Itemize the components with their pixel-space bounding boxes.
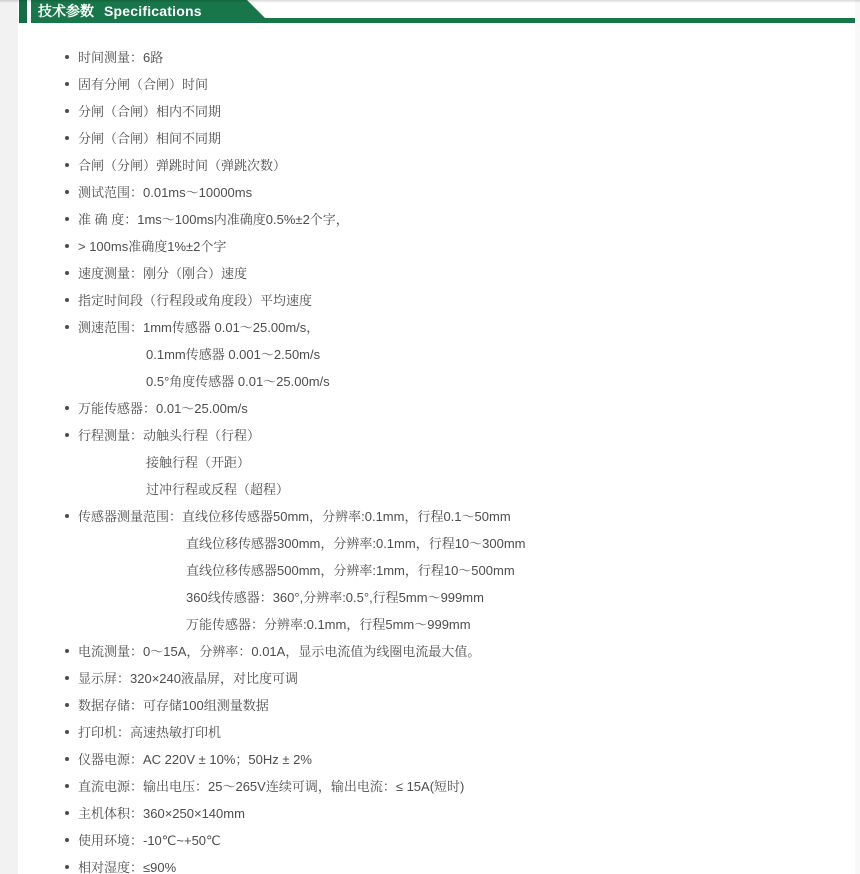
bullet-icon	[65, 514, 69, 518]
spec-item: 指定时间段（行程段或角度段）平均速度	[18, 286, 855, 313]
bullet-icon	[65, 190, 69, 194]
bullet-icon	[65, 838, 69, 842]
spec-text: 360线传感器：360°,分辨率:0.5°,行程5mm～999mm	[186, 587, 484, 606]
spec-text: 0.5°角度传感器 0.01～25.00m/s	[146, 371, 330, 390]
spec-text: 速度测量：刚分（刚合）速度	[78, 263, 247, 282]
spec-text: 电流测量：0～15A，分辨率：0.01A，显示电流值为线圈电流最大值。	[78, 641, 480, 660]
spec-text: 万能传感器：0.01～25.00m/s	[78, 398, 248, 417]
spec-text: 直线位移传感器500mm，分辨率:1mm，行程10～500mm	[186, 560, 515, 579]
spec-item: 相对湿度：≤90%	[18, 853, 855, 874]
spec-item: 数据存储：可存储100组测量数据	[18, 691, 855, 718]
spec-item: 合闸（分闸）弹跳时间（弹跳次数）	[18, 151, 855, 178]
bullet-icon	[65, 730, 69, 734]
bullet-icon	[65, 163, 69, 167]
spec-item: 万能传感器：0.01～25.00m/s	[18, 394, 855, 421]
spec-text: 合闸（分闸）弹跳时间（弹跳次数）	[78, 155, 286, 174]
spec-text: 直线位移传感器300mm，分辨率:0.1mm，行程10～300mm	[186, 533, 526, 552]
spec-item: 行程测量：动触头行程（行程）	[18, 421, 855, 448]
bullet-icon	[65, 649, 69, 653]
spec-item: 360线传感器：360°,分辨率:0.5°,行程5mm～999mm	[18, 583, 855, 610]
bullet-icon	[65, 82, 69, 86]
spec-item: 过冲行程或反程（超程）	[18, 475, 855, 502]
spec-text: 测试范围：0.01ms～10000ms	[78, 182, 252, 201]
spec-item: 显示屏：320×240液晶屏，对比度可调	[18, 664, 855, 691]
spec-text: 时间测量：6路	[78, 47, 163, 66]
spec-text: 分闸（合闸）相间不同期	[78, 128, 221, 147]
header-accent-bar	[19, 0, 27, 23]
spec-text: 相对湿度：≤90%	[78, 857, 176, 874]
spec-item: 接触行程（开距）	[18, 448, 855, 475]
bullet-icon	[65, 757, 69, 761]
spec-text: 分闸（合闸）相内不同期	[78, 101, 221, 120]
spec-item: 直流电源：输出电压：25～265V连续可调，输出电流：≤ 15A(短时)	[18, 772, 855, 799]
spec-item: 主机体积：360×250×140mm	[18, 799, 855, 826]
spec-item: 分闸（合闸）相内不同期	[18, 97, 855, 124]
bullet-icon	[65, 325, 69, 329]
section-title-zh: 技术参数	[38, 1, 94, 21]
bullet-icon	[65, 136, 69, 140]
spec-text: 仪器电源：AC 220V ± 10%；50Hz ± 2%	[78, 749, 312, 768]
spec-item: 0.5°角度传感器 0.01～25.00m/s	[18, 367, 855, 394]
spec-text: 打印机：高速热敏打印机	[78, 722, 221, 741]
bullet-icon	[65, 55, 69, 59]
spec-text: 主机体积：360×250×140mm	[78, 803, 245, 822]
bullet-icon	[65, 676, 69, 680]
spec-text: 过冲行程或反程（超程）	[146, 479, 289, 498]
spec-item: 准 确 度：1ms～100ms内准确度0.5%±2个字，	[18, 205, 855, 232]
bullet-icon	[65, 217, 69, 221]
spec-item: 时间测量：6路	[18, 43, 855, 70]
spec-item: 万能传感器：分辨率:0.1mm，行程5mm～999mm	[18, 610, 855, 637]
spec-text: 传感器测量范围：直线位移传感器50mm，分辨率:0.1mm，行程0.1～50mm	[78, 506, 511, 525]
spec-item: 直线位移传感器300mm，分辨率:0.1mm，行程10～300mm	[18, 529, 855, 556]
spec-text: 准 确 度：1ms～100ms内准确度0.5%±2个字，	[78, 209, 349, 228]
spec-item: 固有分闸（合闸）时间	[18, 70, 855, 97]
spec-text: 测速范围：1mm传感器 0.01～25.00m/s，	[78, 317, 319, 336]
spec-item: 速度测量：刚分（刚合）速度	[18, 259, 855, 286]
spec-text: 0.1mm传感器 0.001～2.50m/s	[146, 344, 320, 363]
spec-item: 仪器电源：AC 220V ± 10%；50Hz ± 2%	[18, 745, 855, 772]
spec-item: > 100ms准确度1%±2个字	[18, 232, 855, 259]
bullet-icon	[65, 298, 69, 302]
spec-list: 时间测量：6路 固有分闸（合闸）时间 分闸（合闸）相内不同期 分闸（合闸）相间不…	[18, 43, 855, 874]
spec-text: 万能传感器：分辨率:0.1mm，行程5mm～999mm	[186, 614, 471, 633]
spec-item: 电流测量：0～15A，分辨率：0.01A，显示电流值为线圈电流最大值。	[18, 637, 855, 664]
spec-item: 使用环境：-10℃~+50℃	[18, 826, 855, 853]
spec-item: 打印机：高速热敏打印机	[18, 718, 855, 745]
right-margin-strip	[855, 0, 860, 874]
spec-text: 数据存储：可存储100组测量数据	[78, 695, 269, 714]
bullet-icon	[65, 784, 69, 788]
spec-text: 接触行程（开距）	[146, 452, 250, 471]
spec-item: 传感器测量范围：直线位移传感器50mm，分辨率:0.1mm，行程0.1～50mm	[18, 502, 855, 529]
bullet-icon	[65, 271, 69, 275]
bullet-icon	[65, 865, 69, 869]
spec-text: 固有分闸（合闸）时间	[78, 74, 208, 93]
spec-text: 使用环境：-10℃~+50℃	[78, 830, 221, 849]
bullet-icon	[65, 406, 69, 410]
spec-item: 测速范围：1mm传感器 0.01～25.00m/s，	[18, 313, 855, 340]
spec-text: > 100ms准确度1%±2个字	[78, 236, 226, 255]
spec-text: 显示屏：320×240液晶屏，对比度可调	[78, 668, 298, 687]
spec-item: 测试范围：0.01ms～10000ms	[18, 178, 855, 205]
content-card: 技术参数 Specifications 时间测量：6路 固有分闸（合闸）时间 分…	[18, 0, 855, 874]
bullet-icon	[65, 811, 69, 815]
spec-text: 直流电源：输出电压：25～265V连续可调，输出电流：≤ 15A(短时)	[78, 776, 464, 795]
page: 技术参数 Specifications 时间测量：6路 固有分闸（合闸）时间 分…	[0, 0, 860, 874]
spec-item: 直线位移传感器500mm，分辨率:1mm，行程10～500mm	[18, 556, 855, 583]
spec-text: 指定时间段（行程段或角度段）平均速度	[78, 290, 312, 309]
bullet-icon	[65, 109, 69, 113]
bullet-icon	[65, 703, 69, 707]
section-title-en: Specifications	[104, 3, 202, 19]
bullet-icon	[65, 433, 69, 437]
bullet-icon	[65, 244, 69, 248]
spec-item: 0.1mm传感器 0.001～2.50m/s	[18, 340, 855, 367]
spec-text: 行程测量：动触头行程（行程）	[78, 425, 260, 444]
spec-item: 分闸（合闸）相间不同期	[18, 124, 855, 151]
section-header-banner: 技术参数 Specifications	[31, 0, 270, 23]
